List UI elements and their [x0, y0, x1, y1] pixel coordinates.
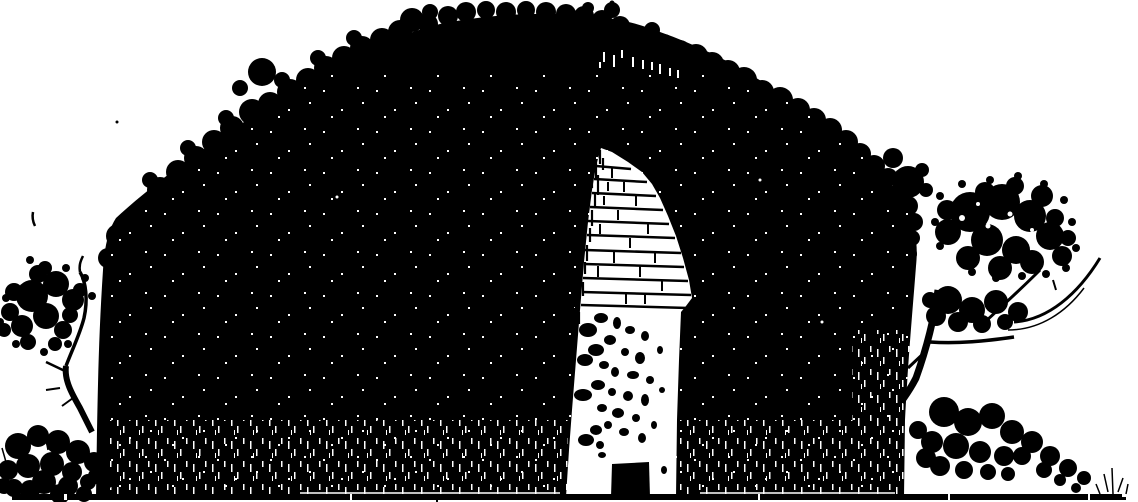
doorway [611, 462, 650, 497]
mound-texture [110, 70, 930, 498]
sky-speck-top [610, 1, 615, 6]
dome-fleck-3 [759, 179, 762, 182]
sky-speck-left [116, 121, 119, 124]
engraving-plate: Antique engraved plate: a massive dome-s… [0, 0, 1138, 502]
dome-fleck-2 [821, 321, 824, 324]
engraving-svg: Antique engraved plate: a massive dome-s… [0, 0, 1138, 502]
dome-fleck-1 [336, 196, 339, 199]
